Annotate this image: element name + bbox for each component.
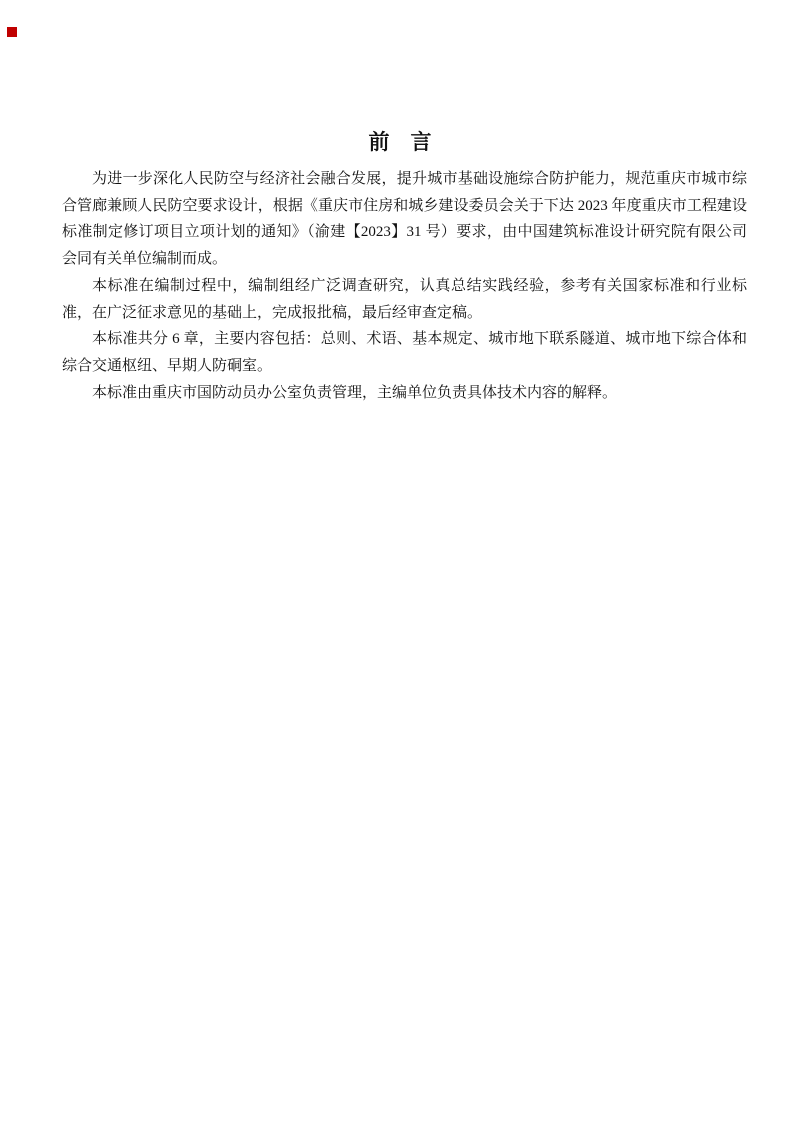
foreword-paragraph-3: 本标准共分 6 章，主要内容包括：总则、术语、基本规定、城市地下联系隧道、城市地… <box>62 326 747 379</box>
red-corner-marker <box>7 27 17 37</box>
foreword-paragraph-1: 为进一步深化人民防空与经济社会融合发展，提升城市基础设施综合防护能力，规范重庆市… <box>62 166 747 273</box>
foreword-body: 为进一步深化人民防空与经济社会融合发展，提升城市基础设施综合防护能力，规范重庆市… <box>0 166 800 406</box>
page-title: 前 言 <box>0 0 800 154</box>
foreword-paragraph-4: 本标准由重庆市国防动员办公室负责管理，主编单位负责具体技术内容的解释。 <box>62 380 747 407</box>
foreword-paragraph-2: 本标准在编制过程中，编制组经广泛调查研究，认真总结实践经验，参考有关国家标准和行… <box>62 273 747 326</box>
document-page: 前 言 为进一步深化人民防空与经济社会融合发展，提升城市基础设施综合防护能力，规… <box>0 0 800 1134</box>
